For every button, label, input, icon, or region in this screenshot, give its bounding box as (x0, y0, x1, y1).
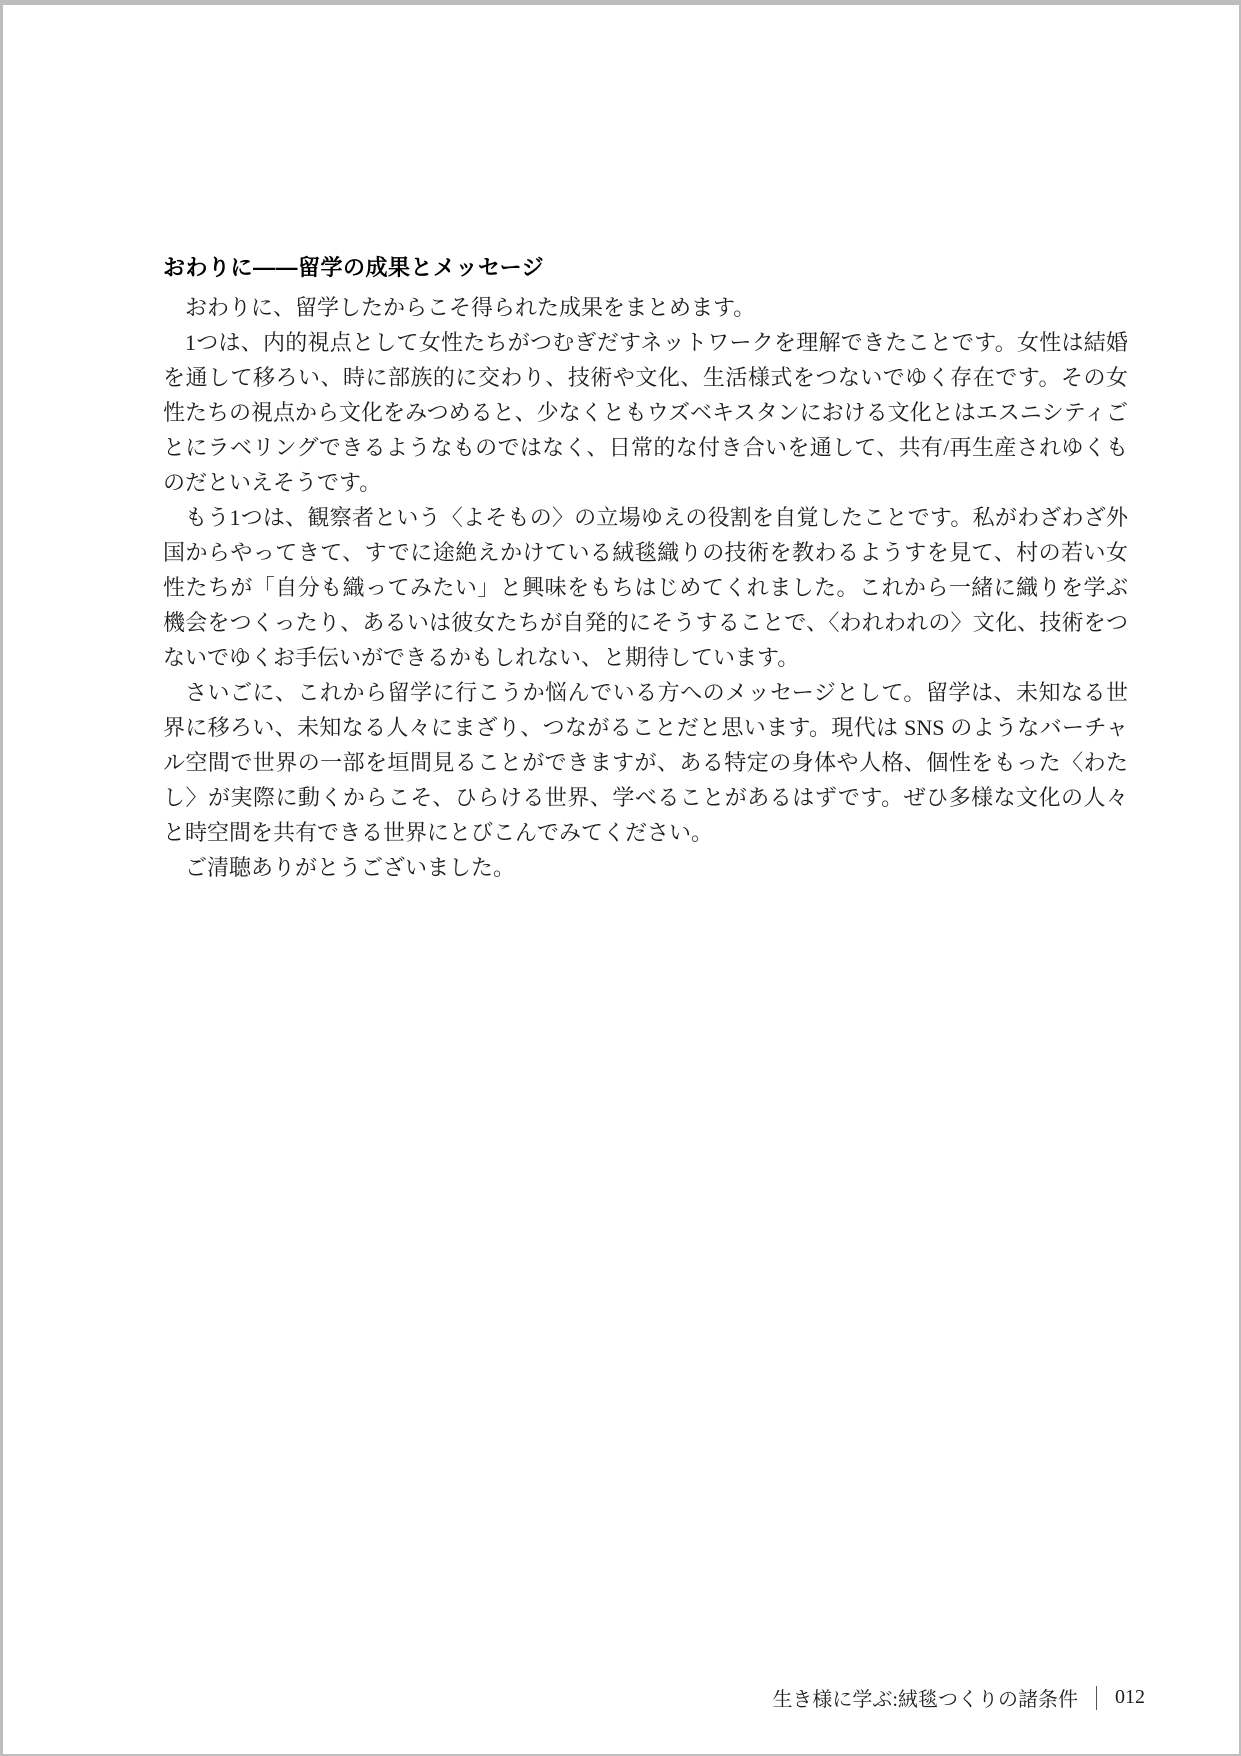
page-footer: 生き様に学ぶ:絨毯つくりの諸条件 012 (772, 1683, 1145, 1712)
paragraph: ご清聴ありがとうございました。 (163, 850, 1128, 885)
page-content: おわりに――留学の成果とメッセージ おわりに、留学したからこそ得られた成果をまと… (163, 254, 1128, 885)
paragraph: おわりに、留学したからこそ得られた成果をまとめます。 (163, 290, 1128, 325)
section-heading: おわりに――留学の成果とメッセージ (163, 254, 1128, 282)
footer-divider-rule (1096, 1686, 1097, 1710)
paragraph: さいごに、これから留学に行こうか悩んでいる方へのメッセージとして。留学は、未知な… (163, 675, 1128, 850)
paragraph: もう1つは、観察者という〈よそもの〉の立場ゆえの役割を自覚したことです。私がわざ… (163, 500, 1128, 675)
document-page: おわりに――留学の成果とメッセージ おわりに、留学したからこそ得られた成果をまと… (0, 0, 1241, 1756)
body-paragraphs: おわりに、留学したからこそ得られた成果をまとめます。1つは、内的視点として女性た… (163, 290, 1128, 885)
paragraph: 1つは、内的視点として女性たちがつむぎだすネットワークを理解できたことです。女性… (163, 325, 1128, 500)
page-number: 012 (1115, 1686, 1145, 1709)
running-title: 生き様に学ぶ:絨毯つくりの諸条件 (772, 1683, 1078, 1712)
